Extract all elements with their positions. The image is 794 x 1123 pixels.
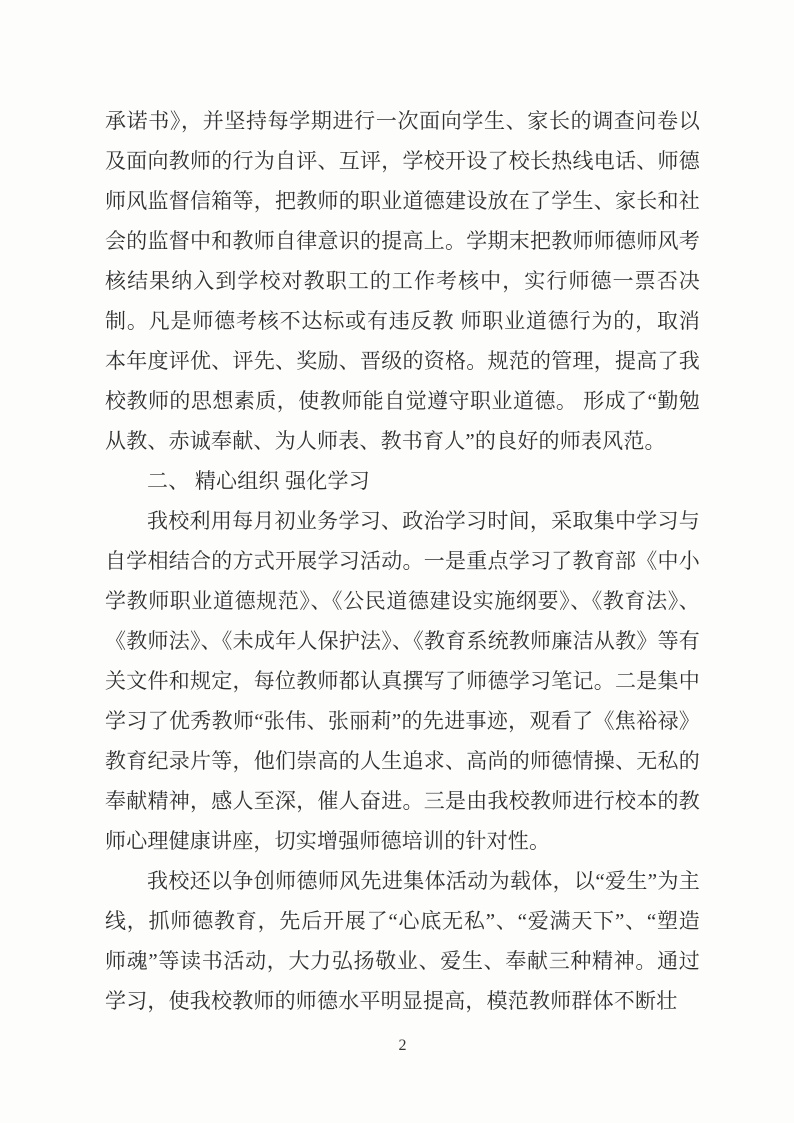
paragraph-activities: 我校还以争创师德师风先进集体活动为载体，以“爱生”为主线，抓师德教育，先后开展了…: [105, 861, 700, 1021]
text-content: 承诺书》，并坚持每学期进行一次面向学生、家长的调查问卷以及面向教师的行为自评、互…: [105, 101, 700, 1021]
section-heading: 二、 精心组织 强化学习: [105, 461, 700, 501]
page-footer: 2: [105, 1035, 700, 1057]
paragraph-continued: 承诺书》，并坚持每学期进行一次面向学生、家长的调查问卷以及面向教师的行为自评、互…: [105, 101, 700, 461]
document-page: 承诺书》，并坚持每学期进行一次面向学生、家长的调查问卷以及面向教师的行为自评、互…: [0, 0, 794, 1123]
paragraph-study-organization: 我校利用每月初业务学习、政治学习时间，采取集中学习与自学相结合的方式开展学习活动…: [105, 501, 700, 861]
page-number: 2: [399, 1037, 407, 1054]
